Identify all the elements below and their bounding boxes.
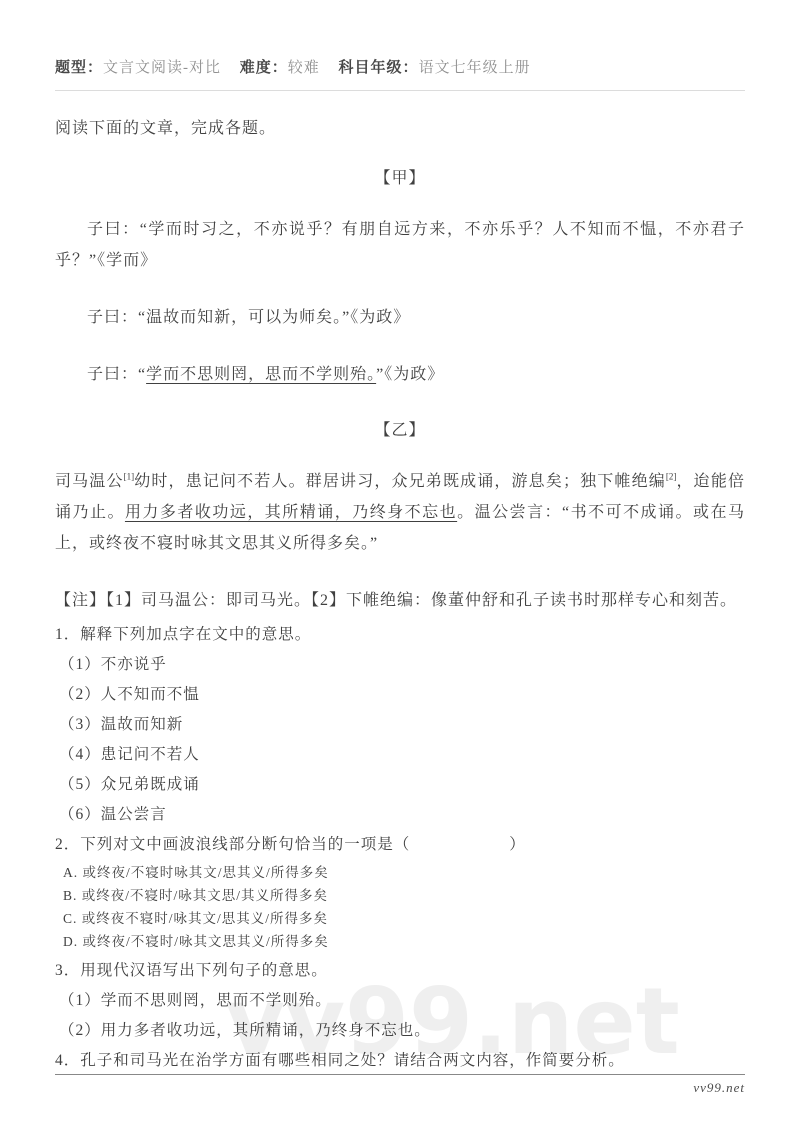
- q2-options: A. 或终夜/不寝时咏其文/思其义/所得多矣 B. 或终夜/不寝时/咏其文思/其…: [55, 861, 745, 953]
- q4-stem: 4．孔子和司马光在治学方面有哪些相同之处？请结合两文内容，作简要分析。: [55, 1046, 745, 1076]
- footnotes: 【注】【1】司马温公：即司马光。【2】下帷绝编：像董仲舒和孔子读书时那样专心和刻…: [55, 585, 745, 616]
- q3-item-1: （1）学而不思则罔，思而不学则殆。: [55, 986, 745, 1016]
- yi-underlined-text: 用力多者收功远，其所精诵，乃终身不忘也: [125, 504, 457, 521]
- q1-item-2: （2）人不知而不愠: [55, 680, 745, 710]
- page-footer: vv99.net: [55, 1074, 745, 1096]
- section-jia-heading: 【甲】: [55, 165, 745, 188]
- q3-stem: 3．用现代汉语写出下列句子的意思。: [55, 956, 745, 986]
- yi-seg-2: 幼时，患记问不若人。群居讲习，众兄弟既成诵，游息矣；独下帷绝编: [134, 473, 666, 490]
- question-meta-bar: 题型：文言文阅读-对比 难度：较难 科目年级：语文七年级上册: [55, 0, 745, 77]
- jia-p3-prefix: 子曰：“: [87, 366, 146, 383]
- footer-site-text: vv99.net: [55, 1080, 745, 1096]
- meta-type-value: 文言文阅读-对比: [103, 60, 221, 76]
- jia-paragraph-1: 子曰：“学而时习之，不亦说乎？有朋自远方来，不亦乐乎？人不知而不愠，不亦君子乎？…: [55, 214, 745, 276]
- question-3: 3．用现代汉语写出下列句子的意思。 （1）学而不思则罔，思而不学则殆。 （2）用…: [55, 956, 745, 1046]
- q3-item-2: （2）用力多者收功远，其所精诵，乃终身不忘也。: [55, 1016, 745, 1046]
- intro-text: 阅读下面的文章，完成各题。: [55, 115, 745, 138]
- q2-option-a: A. 或终夜/不寝时咏其文/思其义/所得多矣: [55, 861, 745, 884]
- q2-option-c: C. 或终夜不寝时/咏其文/思其义/所得多矣: [55, 907, 745, 930]
- content: 题型：文言文阅读-对比 难度：较难 科目年级：语文七年级上册 阅读下面的文章，完…: [0, 0, 800, 1076]
- question-2: 2．下列对文中画波浪线部分断句恰当的一项是（ ） A. 或终夜/不寝时咏其文/思…: [55, 830, 745, 953]
- header-divider: [55, 90, 745, 91]
- q1-item-3: （3）温故而知新: [55, 710, 745, 740]
- question-1: 1．解释下列加点字在文中的意思。 （1）不亦说乎 （2）人不知而不愠 （3）温故…: [55, 620, 745, 830]
- q1-item-1: （1）不亦说乎: [55, 650, 745, 680]
- jia-paragraph-2: 子曰：“温故而知新，可以为师矣。”《为政》: [55, 302, 745, 333]
- q1-item-6: （6）温公尝言: [55, 800, 745, 830]
- q2-stem: 2．下列对文中画波浪线部分断句恰当的一项是（ ）: [55, 830, 745, 860]
- q1-item-5: （5）众兄弟既成诵: [55, 770, 745, 800]
- q1-item-4: （4）患记问不若人: [55, 740, 745, 770]
- q2-option-d: D. 或终夜/不寝时/咏其文思其义/所得多矣: [55, 930, 745, 953]
- yi-footnote-ref-2: [2]: [666, 472, 677, 482]
- meta-type-label: 题型：: [55, 60, 103, 76]
- meta-difficulty-label: 难度：: [240, 60, 288, 76]
- question-4: 4．孔子和司马光在治学方面有哪些相同之处？请结合两文内容，作简要分析。: [55, 1046, 745, 1076]
- meta-difficulty-value: 较难: [288, 60, 320, 76]
- jia-paragraph-3: 子曰：“学而不思则罔，思而不学则殆。”《为政》: [55, 359, 745, 390]
- meta-subject-value: 语文七年级上册: [419, 60, 531, 76]
- yi-seg-1: 司马温公: [55, 473, 124, 490]
- jia-p3-suffix: ”《为政》: [376, 366, 444, 383]
- q2-option-b: B. 或终夜/不寝时/咏其文思/其义所得多矣: [55, 884, 745, 907]
- yi-footnote-ref-1: [1]: [124, 472, 135, 482]
- q1-stem: 1．解释下列加点字在文中的意思。: [55, 620, 745, 650]
- footer-divider: [55, 1074, 745, 1075]
- exam-page: vv99.net 题型：文言文阅读-对比 难度：较难 科目年级：语文七年级上册 …: [0, 0, 800, 1131]
- yi-paragraph: 司马温公[1]幼时，患记问不若人。群居讲习，众兄弟既成诵，游息矣；独下帷绝编[2…: [55, 466, 745, 559]
- meta-subject-label: 科目年级：: [339, 60, 419, 76]
- section-yi-heading: 【乙】: [55, 417, 745, 440]
- jia-p3-underlined-text: 学而不思则罔，思而不学则殆。: [146, 366, 376, 383]
